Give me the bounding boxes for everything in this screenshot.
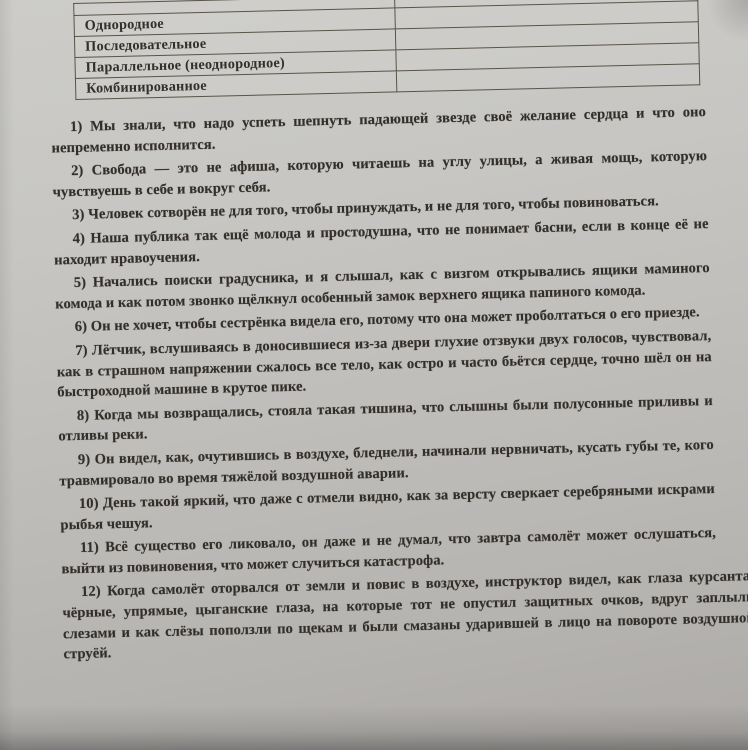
sentence-number: 3) bbox=[72, 207, 85, 223]
worksheet-sheet: Однородное Последовательное Параллельное… bbox=[48, 0, 718, 668]
sentence-number: 12) bbox=[81, 584, 101, 600]
sentence-number: 7) bbox=[75, 343, 88, 359]
sentence-list: 1) Мы знали, что надо успеть шепнуть пад… bbox=[51, 102, 719, 665]
sentence-item-12: 12) Когда самолёт оторвался от земли и п… bbox=[62, 567, 748, 666]
sentence-number: 5) bbox=[74, 275, 87, 291]
sentence-text: Лётчик, вслушиваясь в доносившиеся из-за… bbox=[57, 328, 712, 401]
sentence-number: 8) bbox=[77, 407, 90, 423]
sentence-number: 10) bbox=[79, 496, 99, 512]
sentence-number: 1) bbox=[70, 119, 83, 135]
classification-table: Однородное Последовательное Параллельное… bbox=[73, 0, 700, 100]
sentence-number: 11) bbox=[80, 540, 99, 556]
photographed-worksheet-page: { "page": { "kind": "photographed textbo… bbox=[0, 0, 748, 750]
sentence-number: 6) bbox=[75, 319, 88, 335]
sentence-item-7: 7) Лётчик, вслушиваясь в доносившиеся из… bbox=[56, 326, 712, 403]
sentence-number: 9) bbox=[78, 452, 91, 468]
sentence-number: 2) bbox=[71, 163, 84, 179]
sentence-number: 4) bbox=[73, 231, 86, 247]
sentence-text: Когда самолёт оторвался от земли и повис… bbox=[62, 569, 748, 663]
